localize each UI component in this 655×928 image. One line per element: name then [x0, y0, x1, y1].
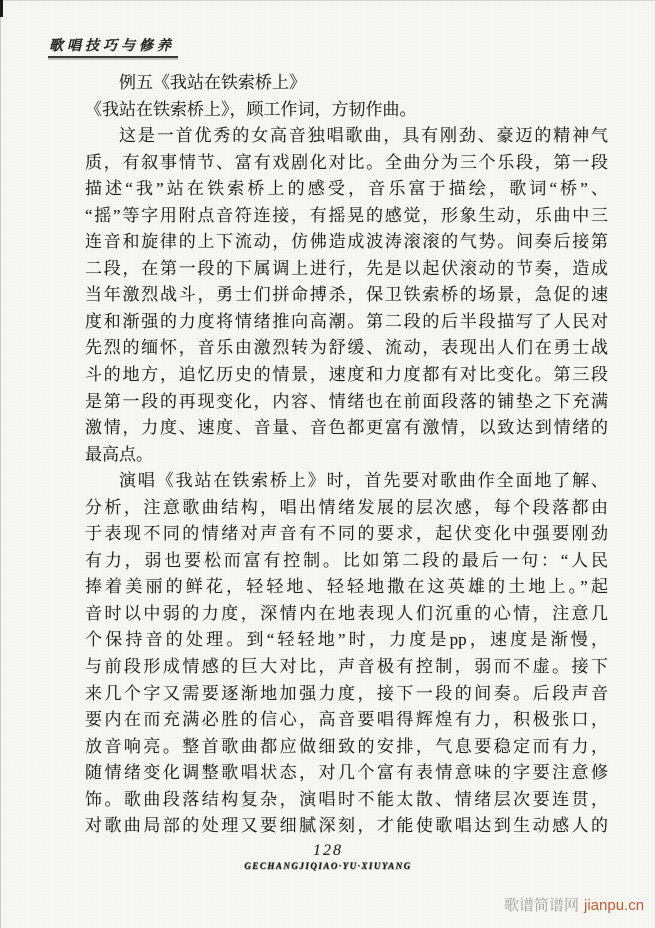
body-text-line: 连音和旋律的上下流动，仿佛造成波涛滚滚的气势。间奏后接第 — [85, 229, 608, 256]
body-text-line: 《我站在铁索桥上》，顾工作词，方韧作曲。 — [85, 97, 608, 124]
text-block: 例五《我站在铁索桥上》《我站在铁索桥上》，顾工作词，方韧作曲。这是一首优秀的女高… — [85, 70, 608, 840]
body-text-line: 描述“我”站在铁索桥上的感受，音乐富于描绘，歌词“桥”、 — [85, 176, 608, 203]
body-text-line: 对歌曲局部的处理又要细腻深刻，才能使歌唱达到生动感人的 — [85, 813, 608, 840]
body-text-line: 分析，注意歌曲结构，唱出情绪发展的层次感，每个段落都由 — [85, 495, 608, 522]
watermark-site-url: jianpu.cn — [584, 897, 644, 914]
body-text-line: 当年激烈战斗，勇士们拼命搏杀，保卫铁索桥的场景，急促的速 — [85, 282, 608, 309]
scan-edge-left — [0, 0, 1, 928]
body-text-line: 要内在而充满必胜的信心，高音要唱得辉煌有力，积极张口， — [85, 707, 608, 734]
body-text-line: 音时以中弱的力度，深情内在地表现人们沉重的心情，注意几 — [85, 601, 608, 628]
body-text-line: 激情，力度、速度、音量、音色都更富有激情，以致达到情绪的 — [85, 415, 608, 442]
body-text-line: 斗的地方，追忆历史的情景，速度和力度都有对比变化。第三段 — [85, 362, 608, 389]
header-underline — [48, 56, 178, 58]
body-text-line: 质，有叙事情节、富有戏剧化对比。全曲分为三个乐段，第一段 — [85, 150, 608, 177]
page-number: 128 — [85, 842, 571, 860]
body-text-line: 与前段形成情感的巨大对比，声音极有控制，弱而不虚。接下 — [85, 654, 608, 681]
watermark-site-name: 歌谱简谱网 — [504, 897, 579, 914]
body-text-line: 放音响亮。整首歌曲都应做细致的安排，气息要稳定而有力， — [85, 734, 608, 761]
body-text-line: 来几个字又需要逐渐地加强力度，接下一段的间奏。后段声音 — [85, 681, 608, 708]
body-text-line: 饰。歌曲段落结构复杂，演唱时不能太散、情绪层次要连贯， — [85, 787, 608, 814]
body-text-line: 是第一段的再现变化，内容、情绪也在前面段落的铺垫之下充满 — [85, 389, 608, 416]
scan-edge-top — [0, 0, 655, 1]
body-text-line: 随情绪变化调整歌唱状态，对几个富有表情意味的字要注意修 — [85, 760, 608, 787]
watermark: 歌谱简谱网jianpu.cn — [504, 894, 644, 915]
series-title-stamp: GECHANGJIQIAO·YU·XIUYANG — [85, 861, 571, 871]
scan-corner-mark — [0, 0, 3, 17]
body-text-line: 捧着美丽的鲜花，轻轻地、轻轻地撒在这英雄的土地上。”起 — [85, 574, 608, 601]
body-text-line: 个保持音的处理。到“轻轻地”时，力度是pp，速度是渐慢， — [85, 627, 608, 654]
body-text-line: 度和渐强的力度将情绪推向高潮。第二段的后半段描写了人民对 — [85, 309, 608, 336]
body-text-line: “摇”等字用附点音符连接，有摇晃的感觉，形象生动，乐曲中三 — [85, 203, 608, 230]
body-text-line: 于表现不同的情绪对声音有不同的要求，起伏变化中强要刚劲 — [85, 521, 608, 548]
running-header: 歌唱技巧与修养 — [49, 35, 175, 55]
body-text-line: 最高点。 — [85, 442, 608, 469]
body-text-line: 这是一首优秀的女高音独唱歌曲，具有刚劲、豪迈的精神气 — [85, 123, 608, 150]
body-text-line: 演唱《我站在铁索桥上》时，首先要对歌曲作全面地了解、 — [85, 468, 608, 495]
body-text-line: 有力，弱也要松而富有控制。比如第二段的最后一句：“人民 — [85, 548, 608, 575]
body-text-line: 先烈的缅怀，音乐由激烈转为舒缓、流动，表现出人们在勇士战 — [85, 335, 608, 362]
scanned-book-page: 歌唱技巧与修养 例五《我站在铁索桥上》《我站在铁索桥上》，顾工作词，方韧作曲。这… — [0, 0, 655, 928]
page-footer: 128 GECHANGJIQIAO·YU·XIUYANG — [85, 842, 571, 871]
body-text-line: 二段，在第一段的下属调上进行，先是以起伏滚动的节奏，造成 — [85, 256, 608, 283]
body-text-line: 例五《我站在铁索桥上》 — [85, 70, 608, 97]
